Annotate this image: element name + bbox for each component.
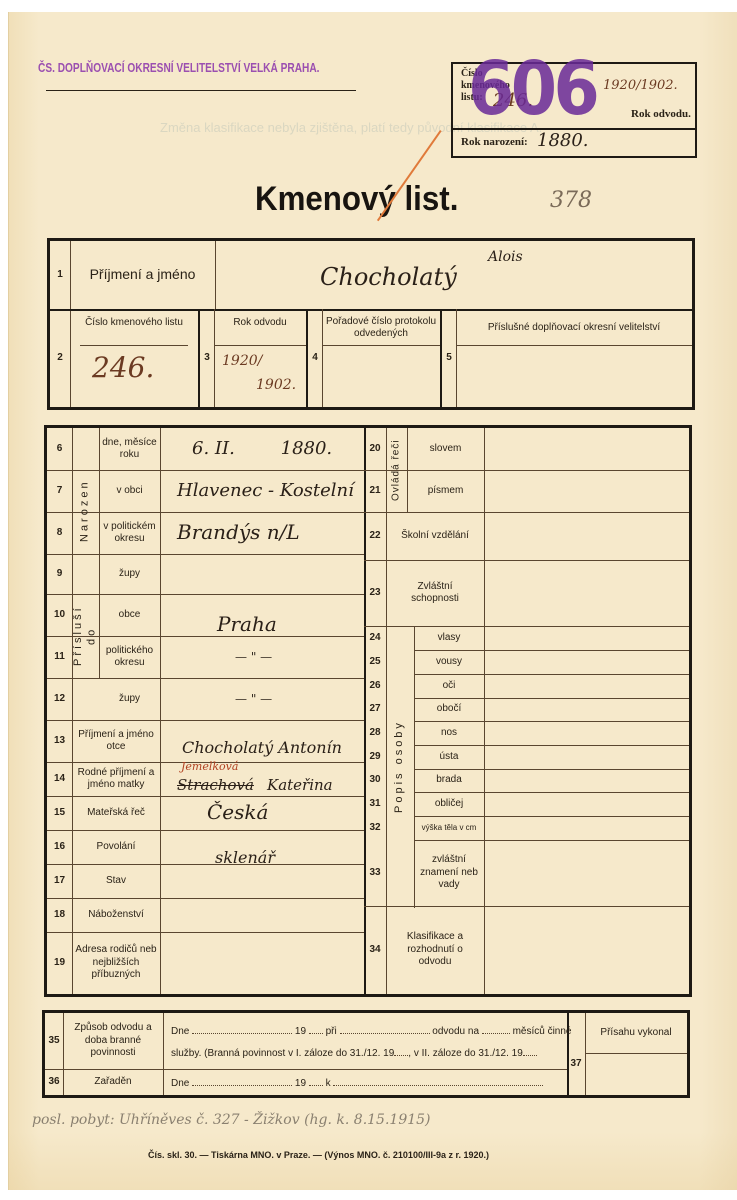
- row-10-number: 10: [47, 594, 72, 636]
- zaloze-2-year-field[interactable]: [523, 1047, 537, 1056]
- row-23-number: 23: [364, 560, 386, 626]
- zaraden-unit-field[interactable]: [333, 1077, 543, 1086]
- row-14-number: 14: [47, 762, 72, 796]
- dne-label-36: Dne: [171, 1078, 189, 1089]
- row-34-label: Klasifikace a rozhodnutí o odvodu: [386, 906, 484, 994]
- row-17-number: 17: [47, 864, 72, 898]
- row-16-value: sklenář: [215, 848, 275, 867]
- rok-odvodu-value: 1920/1902.: [603, 78, 678, 93]
- row-8-number: 8: [47, 512, 72, 554]
- row-21-number: 21: [364, 470, 386, 512]
- row-12-value: — " —: [235, 692, 272, 706]
- row-3-value-top: 1920/: [222, 353, 262, 369]
- row-25-label: vousy: [414, 650, 484, 674]
- row-29-label: ústa: [414, 745, 484, 769]
- row-35-line-2: služby. (Branná povinnost v I. záloze do…: [171, 1047, 537, 1059]
- row-2-number: 2: [50, 309, 70, 407]
- row-8-label: v politickém okresu: [99, 512, 160, 554]
- row-6-value: 6. II. 1880.: [192, 438, 332, 459]
- group-narozen: Narozen: [72, 428, 99, 594]
- row-30-number: 30: [364, 769, 386, 792]
- rok-narozeni-label: Rok narození:: [461, 136, 528, 148]
- row-16-label: Povolání: [72, 830, 160, 864]
- row-20-number: 20: [364, 428, 386, 470]
- row-16-number: 16: [47, 830, 72, 864]
- row-3-value-bottom: 1902.: [256, 377, 296, 393]
- row-14-correction: Jemelková: [181, 760, 238, 773]
- date-field[interactable]: [192, 1025, 292, 1034]
- row-26-label: oči: [414, 674, 484, 698]
- row-7-label: v obci: [99, 470, 160, 512]
- row-35-line-1: Dne 19 při odvodu na měsíců činné: [171, 1025, 572, 1037]
- dne-label: Dne: [171, 1026, 189, 1037]
- row-4-number: 4: [308, 309, 322, 407]
- row-21-label: písmem: [407, 470, 484, 512]
- row-19-number: 19: [47, 932, 72, 994]
- row-22-label: Školní vzdělání: [386, 512, 484, 560]
- row-7-number: 7: [47, 470, 72, 512]
- row-19-label: Adresa rodičů neb nejbližších příbuzných: [72, 932, 160, 994]
- row-12-label: župy: [99, 678, 160, 720]
- row-27-label: obočí: [414, 698, 484, 721]
- row-35-number: 35: [45, 1013, 63, 1069]
- handwritten-note: posl. pobyt: Uhříněves č. 327 - Žižkov (…: [32, 1112, 431, 1128]
- row-36-line: Dne 19 k: [171, 1077, 543, 1089]
- row-10-label: obce: [99, 594, 160, 636]
- pri-label: při: [326, 1026, 337, 1037]
- row-4-label: Pořadové číslo protokolu odvedených: [322, 311, 440, 345]
- bottom-table: 35 Způsob odvodu a doba branné povinnost…: [42, 1010, 690, 1098]
- row-31-number: 31: [364, 792, 386, 816]
- row-11-label: politického okresu: [99, 636, 160, 678]
- big-number-stamp: 606: [468, 46, 596, 132]
- rok-narozeni-value: 1880.: [537, 130, 589, 151]
- row-26-number: 26: [364, 674, 386, 698]
- surname-value: Chocholatý: [320, 263, 457, 291]
- main-table: Narozen Přísluší do 6 dne, měsíce roku 6…: [44, 425, 692, 997]
- row-13-label: Příjmení a jméno otce: [72, 720, 160, 762]
- row-2-label: Číslo kmenového listu: [70, 311, 198, 335]
- row-15-label: Mateřská řeč: [72, 796, 160, 830]
- group-popis-osoby: Popis osoby: [386, 626, 414, 908]
- zaraden-date-field[interactable]: [192, 1077, 292, 1086]
- row-6-number: 6: [47, 428, 72, 470]
- row-9-number: 9: [47, 554, 72, 594]
- row-20-label: slovem: [407, 428, 484, 470]
- row-17-label: Stav: [72, 864, 160, 898]
- row-27-number: 27: [364, 698, 386, 721]
- row-24-number: 24: [364, 626, 386, 650]
- zaraden-year-field[interactable]: [309, 1077, 323, 1086]
- row-31-label: obličej: [414, 792, 484, 816]
- row-36-number: 36: [45, 1069, 63, 1095]
- row-36-label: Zařaděn: [63, 1069, 163, 1095]
- year-prefix-36: 19: [295, 1078, 306, 1089]
- row-14-struck-value: Strachová: [177, 776, 254, 794]
- row-5-label: Příslušné doplňovací okresní velitelství: [456, 311, 692, 345]
- row-24-label: vlasy: [414, 626, 484, 650]
- year-prefix: 19: [295, 1026, 306, 1037]
- row-18-number: 18: [47, 898, 72, 932]
- row-13-value: Chocholatý Antonín: [182, 738, 342, 757]
- office-stamp: ČS. DOPLŇOVACÍ OKRESNÍ VELITELSTVÍ VELKÁ…: [38, 60, 320, 75]
- row-3-label: Rok odvodu: [214, 311, 306, 335]
- row-33-label: zvláštní znamení neb vady: [414, 840, 484, 906]
- zaloze-1-year-field[interactable]: [394, 1047, 408, 1056]
- given-name-value: Alois: [488, 249, 523, 265]
- row-8-value: Brandýs n/L: [177, 520, 300, 544]
- row-32-number: 32: [364, 816, 386, 840]
- odvod-type-field[interactable]: [340, 1025, 430, 1034]
- mesicu-cinne-label: měsíců činné: [513, 1026, 572, 1037]
- row-10-value: Praha: [217, 612, 277, 636]
- row-18-label: Náboženství: [72, 898, 160, 932]
- row-14-value: Kateřina: [267, 776, 333, 794]
- row-1-label: Příjmení a jméno: [70, 241, 215, 309]
- row-29-number: 29: [364, 745, 386, 769]
- zaloze-1-label: služby. (Branná povinnost v I. záloze do…: [171, 1048, 394, 1059]
- row-11-number: 11: [47, 636, 72, 678]
- page-title: Kmenový list.: [255, 180, 458, 219]
- row-30-label: brada: [414, 769, 484, 792]
- row-11-value: — " —: [235, 650, 272, 664]
- row-7-value: Hlavenec - Kostelní: [177, 480, 354, 501]
- row-1-number: 1: [50, 241, 70, 309]
- row-15-number: 15: [47, 796, 72, 830]
- annotation-number: 378: [550, 188, 592, 213]
- section-1-table: 1 Příjmení a jméno Chocholatý Alois 2 Čí…: [47, 238, 695, 410]
- k-label: k: [326, 1078, 331, 1089]
- odvodu-na-label: odvodu na: [432, 1026, 479, 1037]
- row-32-label: výška těla v cm: [414, 816, 484, 840]
- stamp-underline: [46, 90, 356, 91]
- row-35-label: Způsob odvodu a doba branné povinnosti: [63, 1013, 163, 1069]
- rok-odvodu-label: Rok odvodu.: [631, 108, 691, 120]
- printer-line: Čís. skl. 30. — Tiskárna MNO. v Praze. —…: [148, 1150, 489, 1160]
- row-3-number: 3: [200, 309, 214, 407]
- row-28-number: 28: [364, 721, 386, 745]
- row-23-label: Zvláštní schopnosti: [386, 560, 484, 626]
- row-28-label: nos: [414, 721, 484, 745]
- group-prislusi: Přísluší do: [72, 594, 99, 678]
- row-37-number: 37: [567, 1013, 585, 1095]
- zaloze-2-label: , v II. záloze do 31./12. 19: [408, 1048, 523, 1059]
- row-34-number: 34: [364, 906, 386, 994]
- row-33-number: 33: [364, 840, 386, 906]
- row-2-value: 246.: [92, 351, 154, 384]
- row-14-label: Rodné příjmení a jméno matky: [72, 762, 160, 796]
- row-6-label: dne, měsíce roku: [99, 428, 160, 470]
- row-13-number: 13: [47, 720, 72, 762]
- row-25-number: 25: [364, 650, 386, 674]
- year-field[interactable]: [309, 1025, 323, 1034]
- row-37-label: Přísahu vykonal: [585, 1013, 687, 1053]
- row-15-value: Česká: [207, 800, 268, 824]
- row-9-label: župy: [99, 554, 160, 594]
- row-5-number: 5: [442, 309, 456, 407]
- row-12-number: 12: [47, 678, 72, 720]
- row-22-number: 22: [364, 512, 386, 560]
- months-field[interactable]: [482, 1025, 510, 1034]
